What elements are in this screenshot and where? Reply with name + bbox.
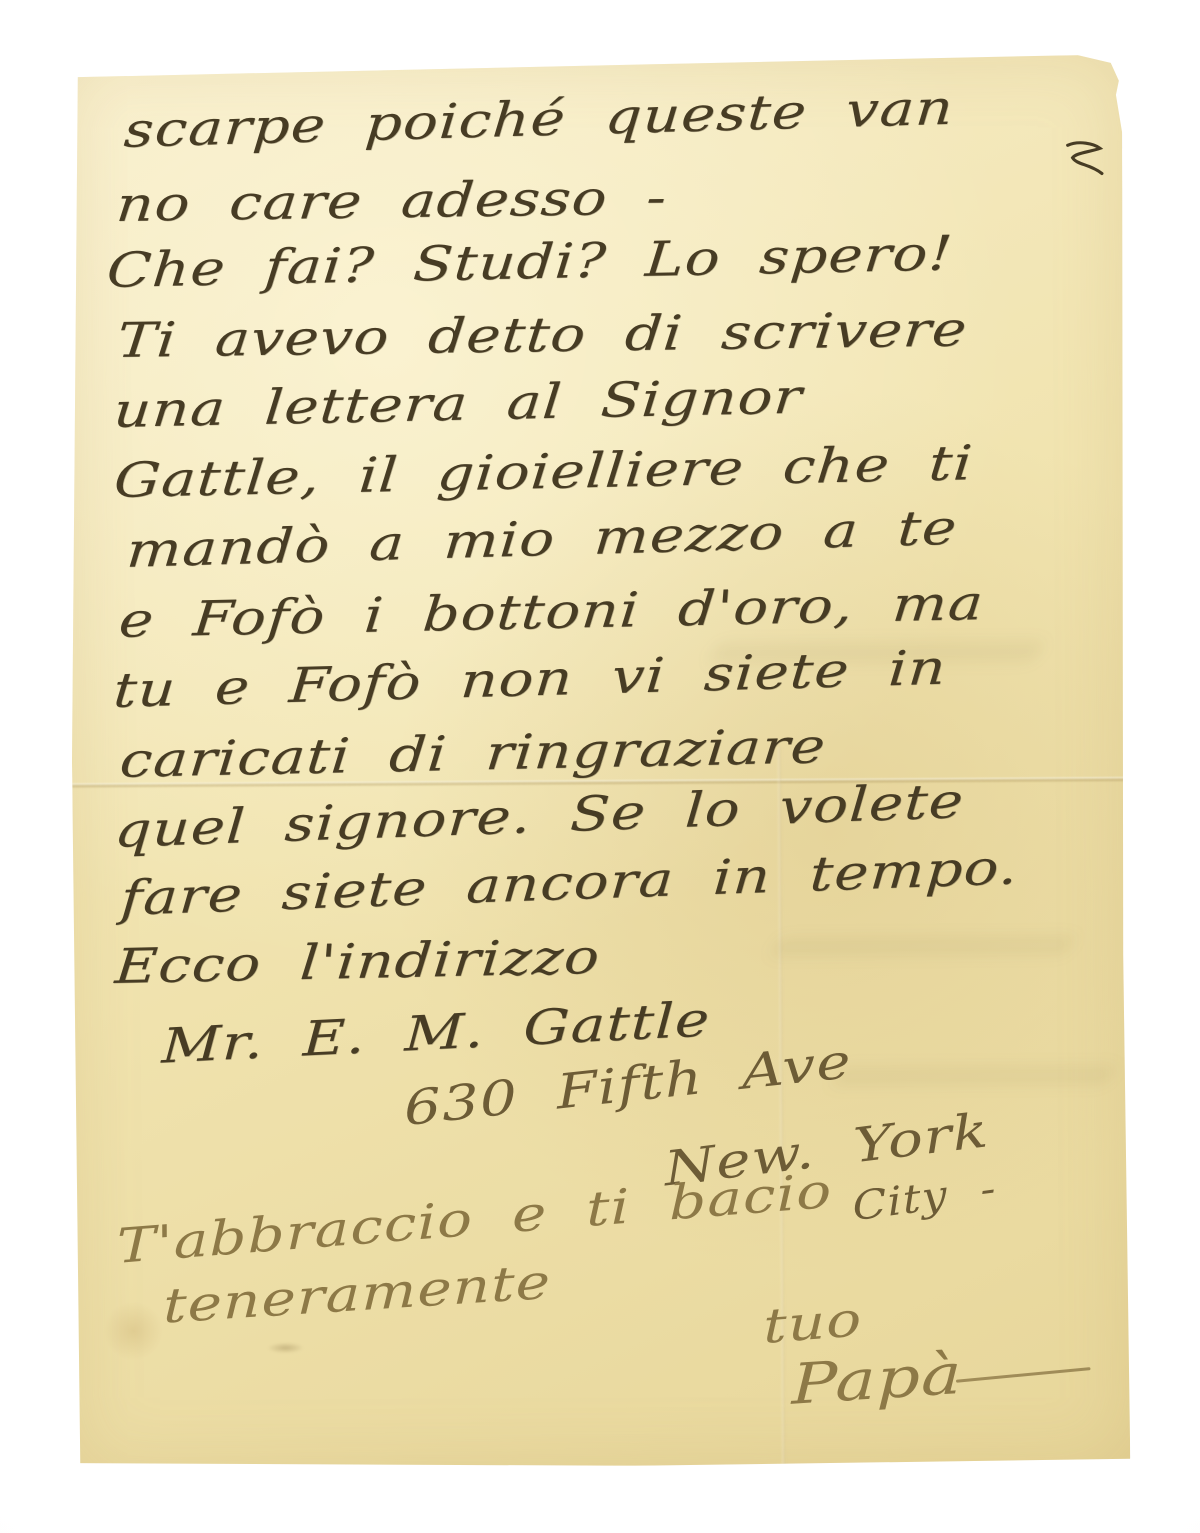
address-city-line-2: City -	[851, 1166, 997, 1231]
paper-stain	[396, 1469, 430, 1491]
letter-line-2: no care adesso -	[114, 170, 670, 233]
signature-tuo: tuo	[763, 1291, 862, 1355]
letter-line-1: scarpe poiché queste van	[122, 80, 955, 159]
signature-flourish-stroke	[956, 1367, 1091, 1383]
letter-line-13: Ecco l'indirizzo	[113, 929, 602, 995]
line-continuation-mark-icon	[1056, 134, 1113, 183]
photo-background: scarpe poiché queste van no care adesso …	[0, 0, 1200, 1533]
letter-line-4: Ti avevo detto di scrivere	[115, 302, 970, 369]
signature-papa: Papà	[791, 1342, 963, 1418]
letter-line-3: Che fai? Studi? Lo spero!	[105, 226, 955, 299]
letter-paper: scarpe poiché queste van no care adesso …	[68, 55, 1131, 1471]
letter-line-6: Gattle, il gioielliere che ti	[112, 435, 975, 509]
letter-line-9: tu e Fofò non vi siete in	[112, 640, 949, 719]
paper-stain	[103, 1301, 163, 1361]
paper-stain	[266, 1342, 306, 1354]
letter-line-5: una lettera al Signor	[112, 369, 805, 439]
ink-showthrough	[830, 1065, 1117, 1087]
letter-line-7: mandò a mio mezzo a te	[125, 500, 960, 579]
ink-showthrough	[770, 935, 1077, 957]
letter-line-8: e Fofò i bottoni d'oro, ma	[117, 575, 986, 649]
